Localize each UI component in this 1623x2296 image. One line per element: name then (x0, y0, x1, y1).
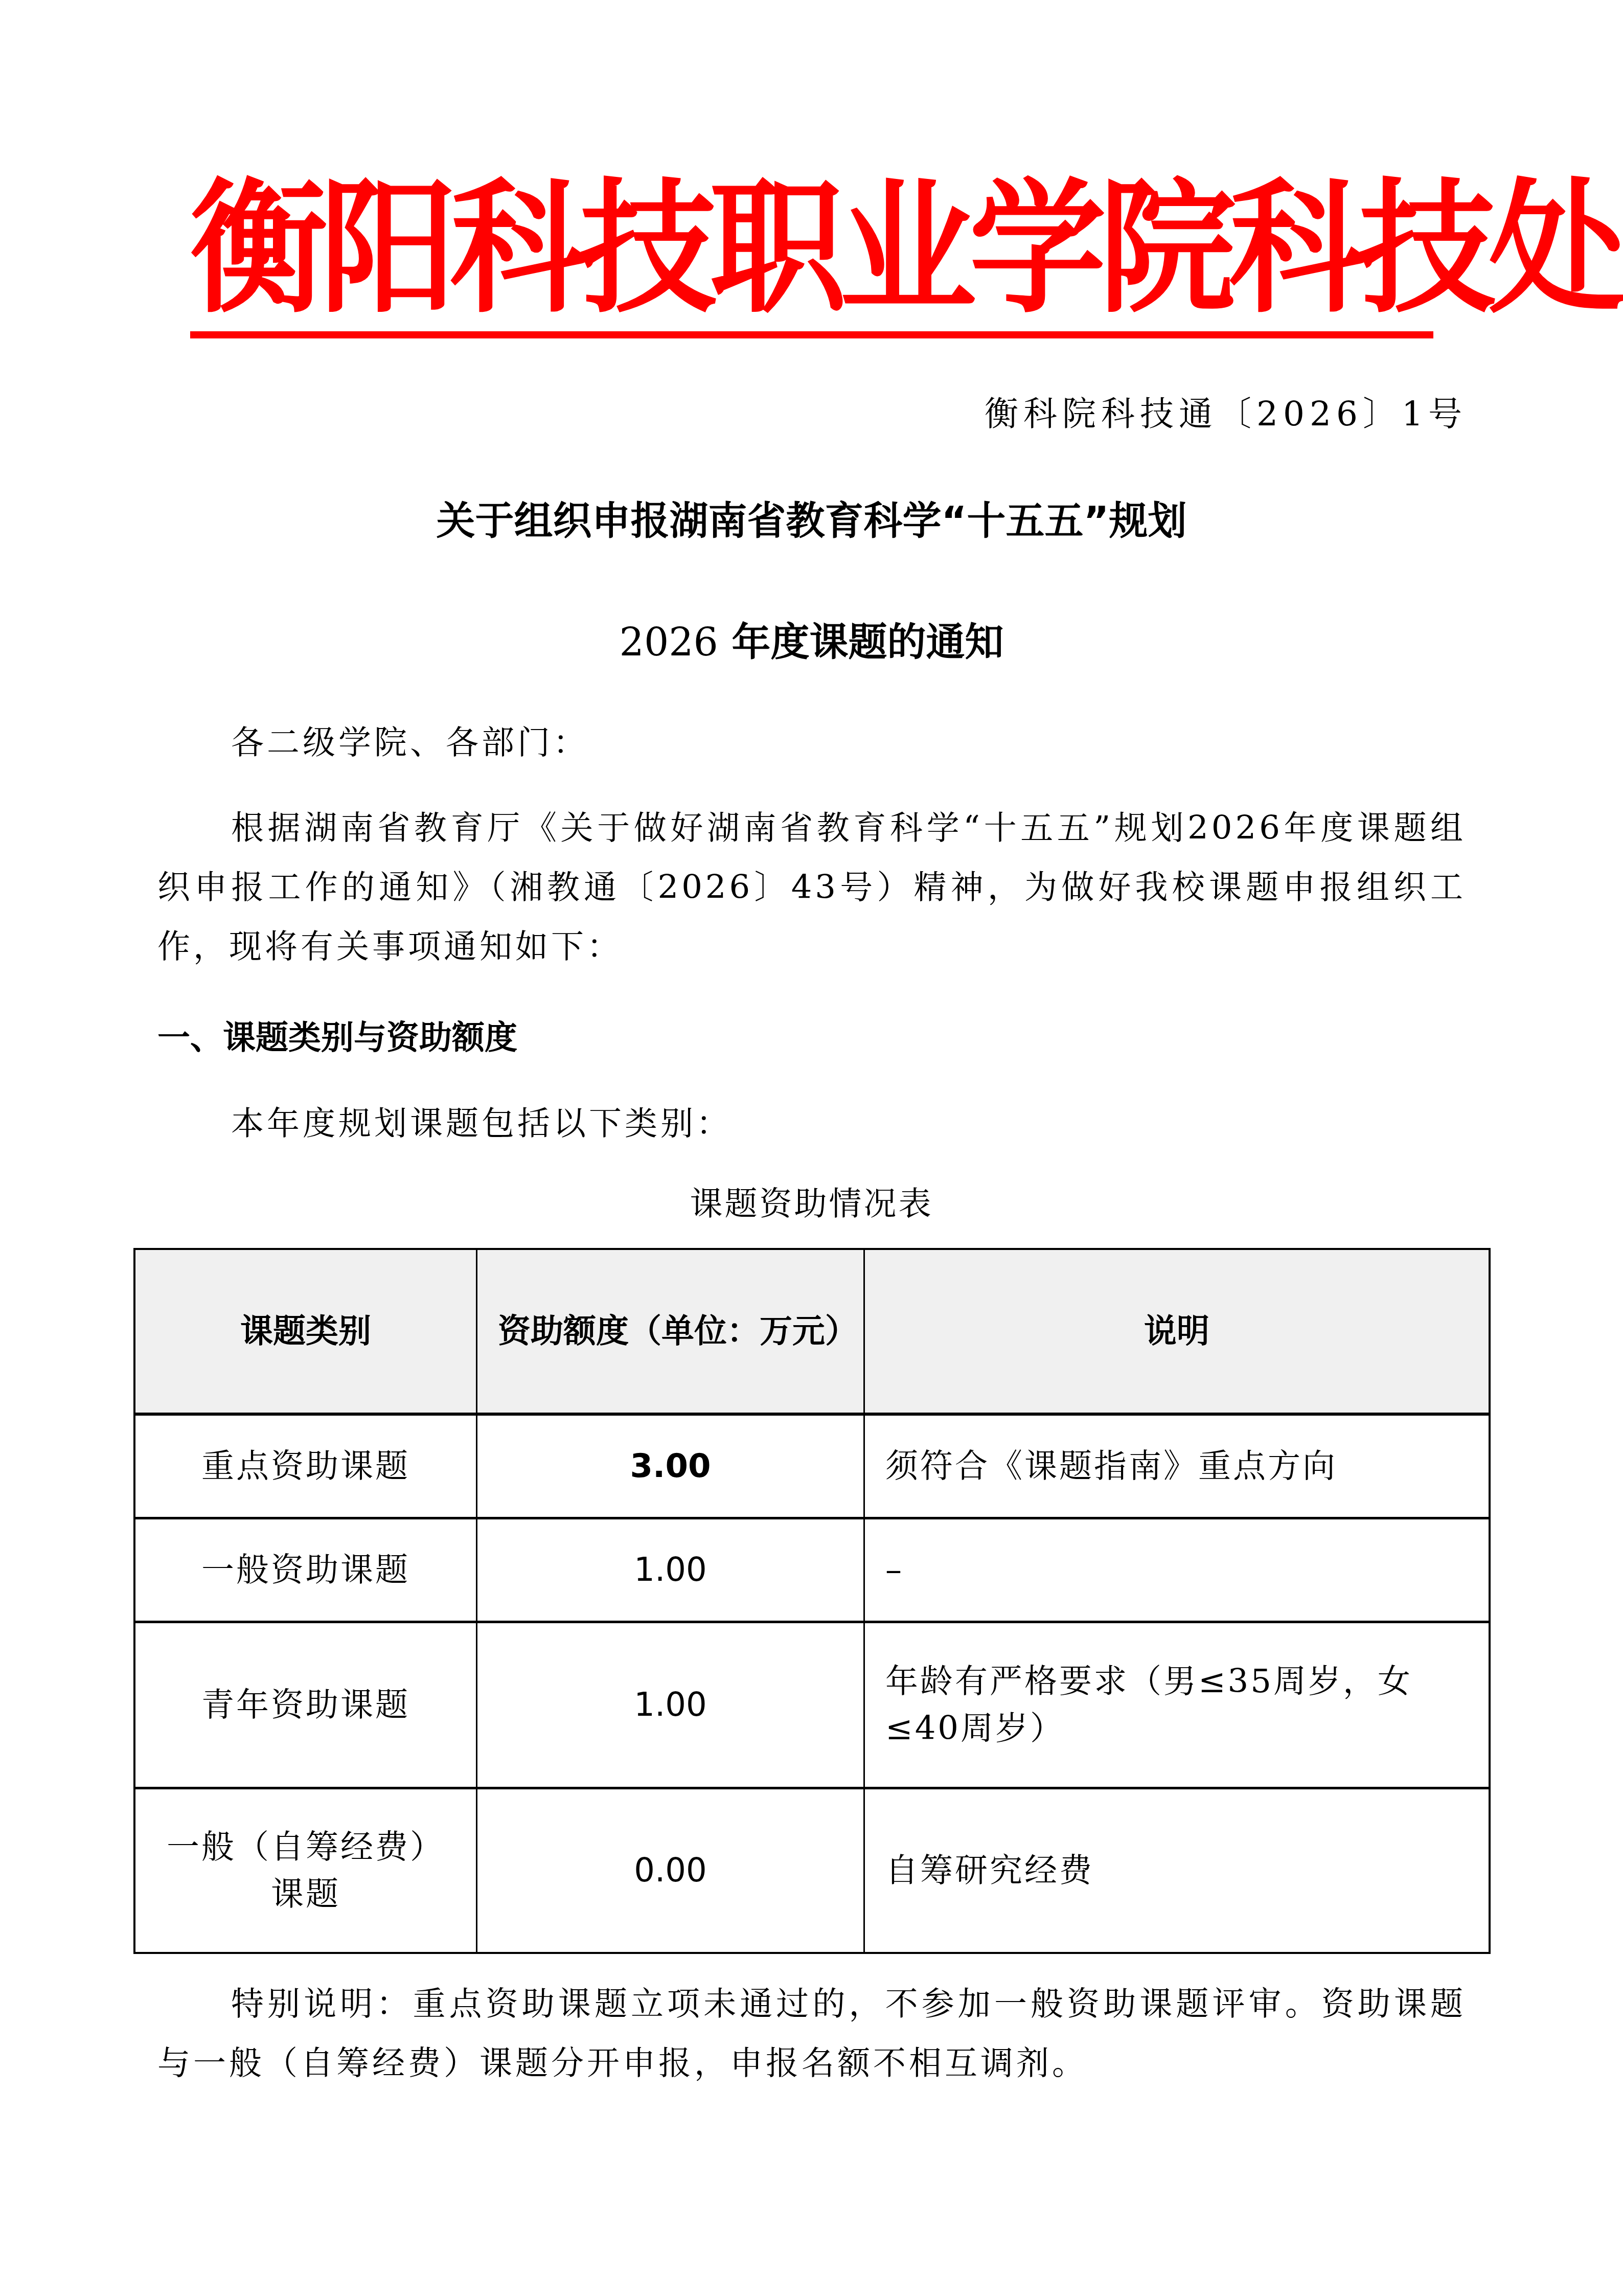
salutation: 各二级学院、各部门： (157, 713, 1466, 772)
title-year: 2026 (620, 619, 718, 665)
funding-table: 课题类别 资助额度（单位：万元） 说明 重点资助课题 3.00 须符合《课题指南… (133, 1248, 1491, 1954)
document-page: 衡阳科技职业学院科技处 衡科院科技通〔2026〕1号 关于组织申报湖南省教育科学… (0, 0, 1623, 2296)
table-row: 一般资助课题 1.00 – (134, 1518, 1490, 1622)
cell-amount: 3.00 (477, 1414, 864, 1518)
table-row: 青年资助课题 1.00 年龄有严格要求（男≤35周岁，女≤40周岁） (134, 1622, 1490, 1788)
title-line2-text: 年度课题的通知 (732, 619, 1003, 665)
table-row: 重点资助课题 3.00 须符合《课题指南》重点方向 (134, 1414, 1490, 1518)
cell-amount: 0.00 (477, 1788, 864, 1953)
cell-note: – (864, 1518, 1490, 1622)
column-header-category: 课题类别 (134, 1249, 477, 1414)
masthead-title: 衡阳科技职业学院科技处 (190, 166, 1437, 333)
section-1-lead: 本年度规划课题包括以下类别： (157, 1094, 1466, 1153)
cell-category: 重点资助课题 (134, 1414, 477, 1518)
intro-paragraph: 根据湖南省教育厅《关于做好湖南省教育科学“十五五”规划2026年度课题组织申报工… (157, 799, 1466, 976)
notice-title-line1: 关于组织申报湖南省教育科学“十五五”规划 (0, 490, 1623, 545)
column-header-amount: 资助额度（单位：万元） (477, 1249, 864, 1414)
cell-category: 一般（自筹经费）课题 (134, 1788, 477, 1953)
column-header-note: 说明 (864, 1249, 1490, 1414)
cell-amount: 1.00 (477, 1622, 864, 1788)
special-note: 特别说明：重点资助课题立项未通过的，不参加一般资助课题评审。资助课题与一般（自筹… (157, 1974, 1466, 2093)
table-caption: 课题资助情况表 (0, 1181, 1623, 1227)
cell-note: 年龄有严格要求（男≤35周岁，女≤40周岁） (864, 1622, 1490, 1788)
cell-amount: 1.00 (477, 1518, 864, 1622)
table-header-row: 课题类别 资助额度（单位：万元） 说明 (134, 1249, 1490, 1414)
cell-category: 一般资助课题 (134, 1518, 477, 1622)
notice-title-line2: 2026 年度课题的通知 (0, 611, 1623, 667)
cell-note: 须符合《课题指南》重点方向 (864, 1414, 1490, 1518)
section-heading-1: 一、课题类别与资助额度 (157, 1015, 517, 1061)
table-row: 一般（自筹经费）课题 0.00 自筹研究经费 (134, 1788, 1490, 1953)
cell-category: 青年资助课题 (134, 1622, 477, 1788)
document-number: 衡科院科技通〔2026〕1号 (985, 391, 1467, 437)
masthead-red-rule (190, 331, 1433, 338)
cell-note: 自筹研究经费 (864, 1788, 1490, 1953)
